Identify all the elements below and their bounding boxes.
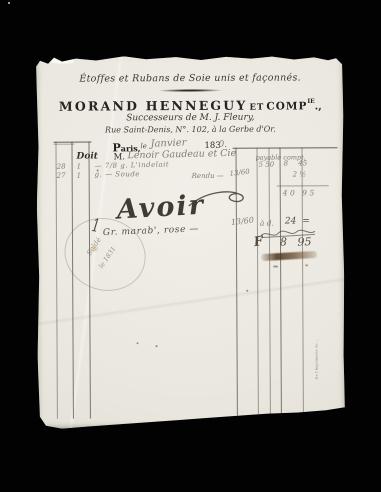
paper-speck-1 <box>246 290 248 292</box>
photo-background: Étoffes et Rubans de Soie unis et façonn… <box>0 0 381 492</box>
amount-rule-3 <box>269 148 271 416</box>
company-et: ET <box>247 103 266 113</box>
avoir-middle-scribble: à d. <box>260 219 274 228</box>
client-name-handwritten: Lenoir Gaudeau et Cie <box>127 148 236 161</box>
total-amount: 8 95 <box>280 235 312 248</box>
torn-edge-highlight <box>48 56 74 64</box>
invoice-paper: Étoffes et Rubans de Soie unis et façonn… <box>36 55 346 429</box>
amount-rule-2 <box>257 148 259 416</box>
item1-subamount: 5 50 <box>259 161 275 169</box>
paper-speck-2 <box>137 342 139 344</box>
margin-rule-1 <box>55 142 57 419</box>
avoir-swash-flourish <box>187 189 249 209</box>
item2-note: Rendu — <box>192 172 224 180</box>
date-rule-line <box>233 147 338 149</box>
item2-amount: 2 ½ <box>293 170 307 178</box>
paper-speck-3 <box>156 345 158 347</box>
amount-rule-4 <box>280 148 282 416</box>
company-comp: COMP <box>266 100 307 112</box>
item2-price: 13/60 <box>229 168 250 178</box>
dust-speck <box>8 2 10 4</box>
successors-line: Successeurs de M. J. Fleury, <box>36 112 344 124</box>
printer-imprint: De l'Imprimerie de … <box>314 321 318 379</box>
item1-amount: 8 45 <box>284 159 308 167</box>
letterhead-tagline: Étoffes et Rubans de Soie unis et façonn… <box>36 72 344 85</box>
ink-smudge-speck-1 <box>273 266 278 268</box>
company-punctuation: ., <box>315 101 322 112</box>
flourish-divider <box>158 89 222 92</box>
subtotal-amount: 40 95 <box>283 188 317 197</box>
ink-smudge-speck-2 <box>305 264 308 266</box>
address-line: Rue Saint-Denis, N°. 102, à la Gerbe d'O… <box>36 124 344 135</box>
doit-label: Doit <box>77 151 98 161</box>
item1-margin-number: 28 <box>57 163 66 171</box>
item2-margin-number: 27 <box>57 172 66 180</box>
item2-qty: 1 <box>77 172 82 180</box>
total-currency-flourish: F <box>253 234 264 250</box>
item2-description: g. — Soude <box>95 170 140 178</box>
avoir-price: 13/60 <box>230 215 254 226</box>
item1-qty: 1 <box>77 163 82 171</box>
avoir-amount: 24 = <box>285 216 310 226</box>
yellow-stain-spot <box>91 245 99 252</box>
subtotal-rule <box>277 185 329 186</box>
company-name: MORAND HENNEGUY <box>59 98 248 114</box>
margin-rule-2 <box>71 142 73 419</box>
paper-speck-4 <box>97 169 99 171</box>
item1-description: — 7/8 g. L'indelait <box>95 160 170 170</box>
handwritten-month: Janvier <box>150 137 186 149</box>
